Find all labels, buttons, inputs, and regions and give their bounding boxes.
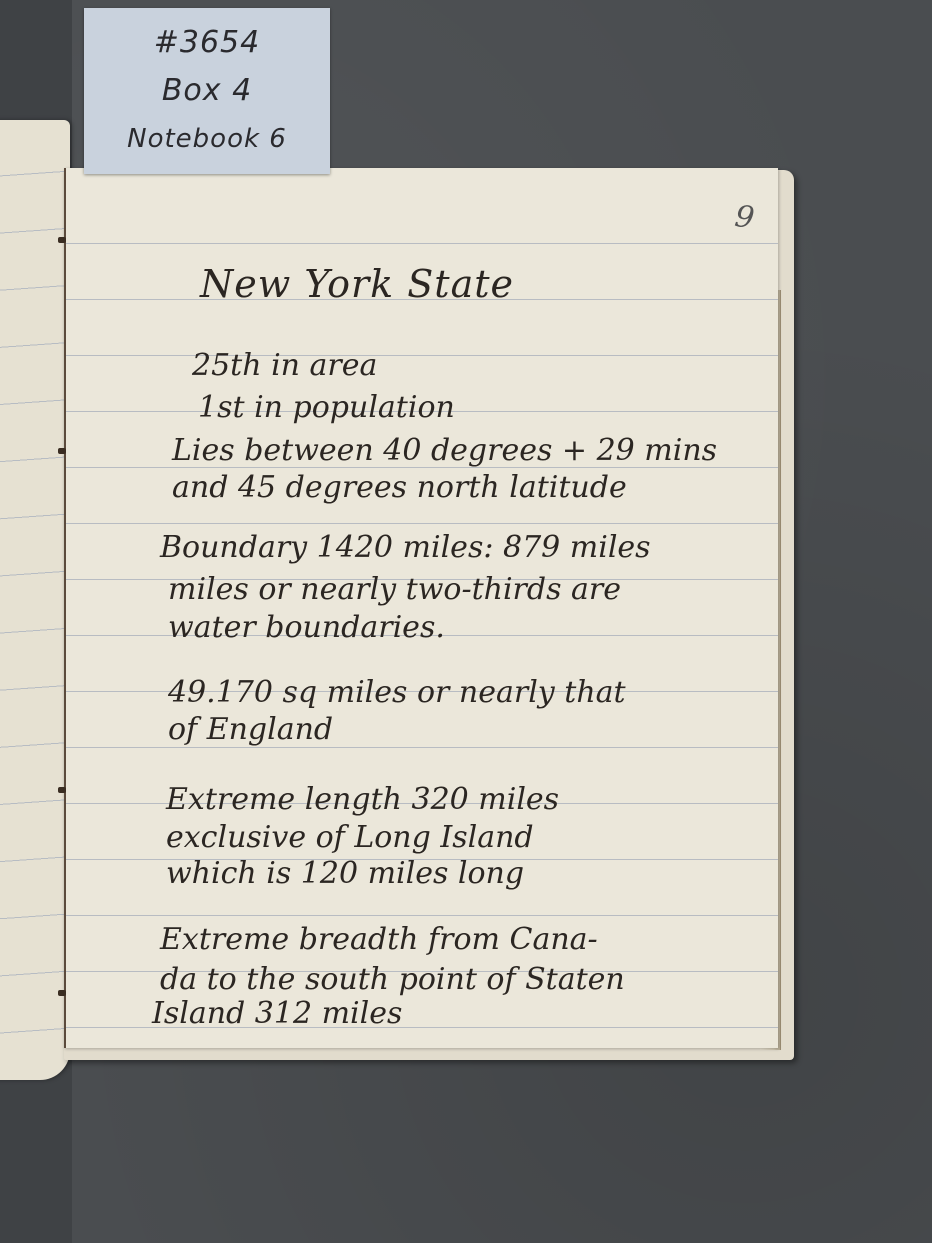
handwritten-line: Boundary 1420 miles: 879 miles <box>160 530 651 565</box>
handwritten-line: of England <box>168 712 333 747</box>
handwritten-line: 49.170 sq miles or nearly that <box>168 675 626 710</box>
binding-stitch <box>58 237 66 243</box>
label-notebook-number: Notebook 6 <box>127 115 287 163</box>
handwritten-line: miles or nearly two-thirds are <box>168 572 621 607</box>
left-notebook-page <box>0 120 70 1080</box>
label-box-number: Box 4 <box>162 67 252 115</box>
handwritten-line: Extreme length 320 miles <box>166 782 559 817</box>
label-accession-number: #3654 <box>154 19 260 67</box>
handwritten-line: and 45 degrees north latitude <box>172 470 627 505</box>
handwritten-line: 1st in population <box>198 390 455 425</box>
binding-stitch <box>58 448 66 454</box>
handwritten-line: exclusive of Long Island <box>166 820 534 855</box>
handwritten-line: Lies between 40 degrees + 29 mins <box>172 433 717 468</box>
handwritten-line: which is 120 miles long <box>166 856 524 891</box>
binding-stitch <box>58 787 66 793</box>
page-title: New York State <box>200 262 514 306</box>
binding-stitch <box>58 990 66 996</box>
handwritten-line: da to the south point of Staten <box>160 962 625 997</box>
archive-label-card: #3654 Box 4 Notebook 6 <box>84 8 330 174</box>
handwritten-line: 25th in area <box>192 348 377 383</box>
handwritten-line: water boundaries. <box>168 610 445 645</box>
handwritten-line: Extreme breadth from Cana- <box>160 922 598 957</box>
handwritten-line: Island 312 miles <box>152 996 402 1031</box>
